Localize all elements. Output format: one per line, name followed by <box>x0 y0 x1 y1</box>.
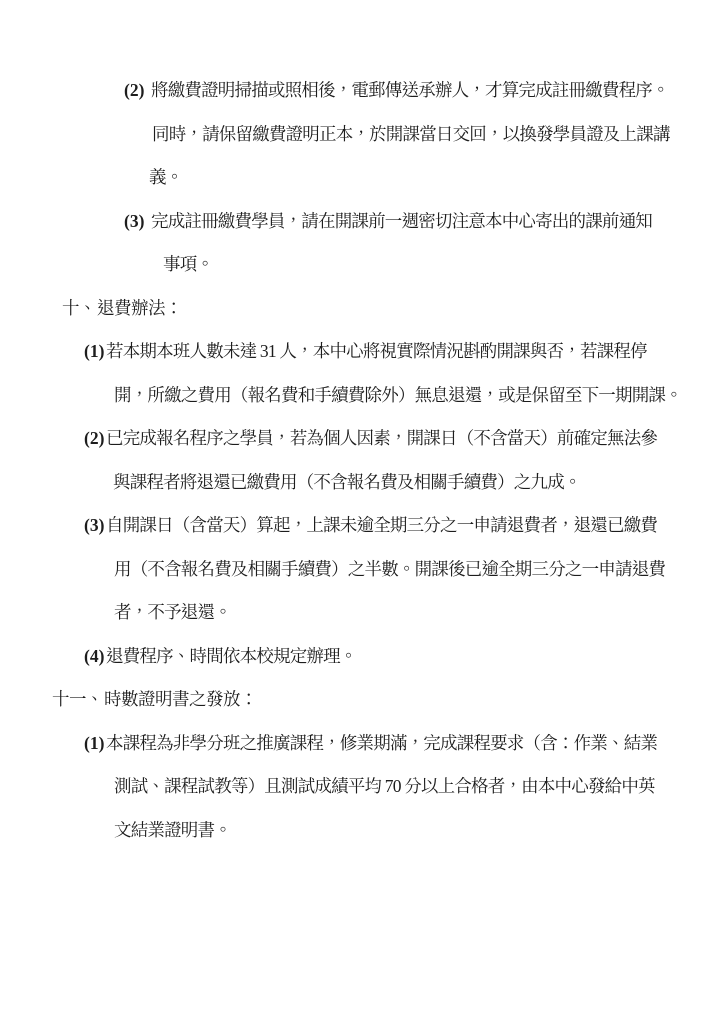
item-marker: (1) <box>84 731 104 755</box>
text-line: 與課程者將退還已繳費用（不含報名費及相關手續費）之九成。 <box>113 470 581 494</box>
text-line: 將繳費證明掃描或照相後，電郵傳送承辦人，才算完成註冊繳費程序。 <box>151 78 669 102</box>
text-line: 同時，請保留繳費證明正本，於開課當日交回，以換發學員證及上課講 <box>152 122 670 146</box>
text-line: 已完成報名程序之學員，若為個人因素，開課日（不含當天）前確定無法參 <box>106 426 657 450</box>
section-heading: 十、退費辦法： <box>62 296 182 320</box>
heading-title: 時數證明書之發放： <box>104 689 257 709</box>
text-line: 開，所繳之費用（報名費和手續費除外）無息退還，或是保留至下一期開課。 <box>114 383 682 407</box>
item-marker: (2) <box>84 426 104 450</box>
heading-marker: 十一、 <box>52 689 103 709</box>
text-line: 事項。 <box>163 252 213 276</box>
text-line: 若本期本班人數未達 31 人，本中心將視實際情況斟酌開課與否，若課程停 <box>106 339 647 363</box>
text-line: 用（不含報名費及相關手續費）之半數。開課後已逾全期三分之一申請退費 <box>114 557 665 581</box>
heading-title: 退費辦法： <box>97 298 182 318</box>
text-line: 測試、課程試教等）且測試成績平均 70 分以上合格者，由本中心發給中英 <box>114 774 655 798</box>
document-page: (2) 將繳費證明掃描或照相後，電郵傳送承辦人，才算完成註冊繳費程序。 同時，請… <box>0 0 724 1024</box>
text-line: 義。 <box>149 165 182 189</box>
item-marker: (4) <box>84 644 104 668</box>
text-line: 退費程序、時間依本校規定辦理。 <box>106 644 357 668</box>
section-heading: 十一、時數證明書之發放： <box>52 687 257 711</box>
text-line: 自開課日（含當天）算起，上課未逾全期三分之一申請退費者，退還已繳費 <box>106 513 657 537</box>
text-line: 文結業證明書。 <box>114 818 231 842</box>
item-marker: (3) <box>124 209 144 233</box>
text-line: 本課程為非學分班之推廣課程，修業期滿，完成課程要求（含：作業、結業 <box>106 731 657 755</box>
item-marker: (3) <box>84 513 104 537</box>
heading-marker: 十、 <box>62 298 96 318</box>
item-marker: (2) <box>124 78 144 102</box>
text-line: 完成註冊繳費學員，請在開課前一週密切注意本中心寄出的課前通知 <box>151 209 652 233</box>
text-line: 者，不予退還。 <box>114 600 231 624</box>
item-marker: (1) <box>84 339 104 363</box>
